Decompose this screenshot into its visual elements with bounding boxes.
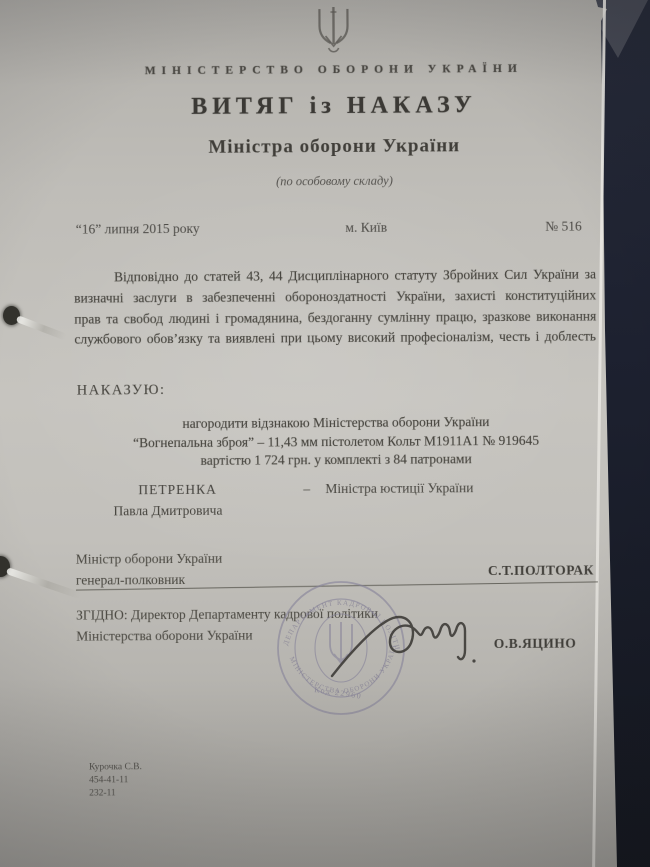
awardee-position: Міністра юстиції України: [325, 480, 473, 497]
order-keyword: НАКАЗУЮ:: [77, 382, 166, 400]
document-title: ВИТЯГ із НАКАЗУ: [73, 91, 595, 121]
personnel-note: (по особовому складу): [73, 172, 595, 190]
executor-phone2: 232-11: [89, 787, 142, 800]
executor-block: Курочка С.В. 454-41-11 232-11: [89, 761, 142, 800]
executor-phone1: 454-41-11: [89, 774, 142, 787]
ministry-name: МІНІСТЕРСТВО ОБОРОНИ УКРАЇНИ: [73, 62, 595, 77]
order-number: № 516: [462, 218, 582, 235]
minister-rank: генерал-полковник: [76, 572, 185, 589]
dateline-row: “16” липня 2015 року м. Київ № 516: [76, 218, 582, 237]
ukraine-trident-icon: [72, 4, 594, 59]
issue-place: м. Київ: [271, 219, 462, 236]
issue-date: “16” липня 2015 року: [76, 220, 271, 237]
svg-text:ДЕПАРТАМЕНТ КАДРОВОЇ ПОЛІТИКИ: ДЕПАРТАМЕНТ КАДРОВОЇ ПОЛІТИКИ: [250, 560, 402, 652]
preamble-paragraph: Відповідно до статей 43, 44 Дисциплінарн…: [74, 264, 596, 350]
document-subtitle: Міністра оборони України: [73, 134, 595, 159]
awardee-surname: ПЕТРЕНКА: [138, 482, 217, 498]
awardee-dash: –: [303, 481, 310, 497]
stamp-and-signature: ДЕПАРТАМЕНТ КАДРОВОЇ ПОЛІТИКИ МІНІСТЕРСТ…: [250, 560, 490, 740]
executor-name: Курочка С.В.: [89, 761, 142, 774]
minister-title-line1: Міністр оборони України: [76, 551, 223, 568]
awardee-given-names: Павла Дмитровича: [113, 503, 222, 520]
award-line-2: “Вогнепальна зброя” – 11,43 мм пістолето…: [75, 431, 597, 453]
award-line-3: вартістю 1 724 грн. у комплекті з 84 пат…: [75, 450, 597, 472]
agreement-line2: Міністерства оборони України: [76, 628, 252, 645]
award-clause: нагородити відзнакою Міністерства оборон…: [75, 412, 597, 471]
minister-name: С.Т.ПОЛТОРАК: [488, 562, 594, 579]
stamp-ring-text-top: ДЕПАРТАМЕНТ КАДРОВОЇ ПОЛІТИКИ: [250, 560, 402, 652]
agreement-officer-name: О.В.ЯЦИНО: [494, 636, 577, 653]
photographed-document: МІНІСТЕРСТВО ОБОРОНИ УКРАЇНИ ВИТЯГ із НА…: [0, 0, 650, 867]
